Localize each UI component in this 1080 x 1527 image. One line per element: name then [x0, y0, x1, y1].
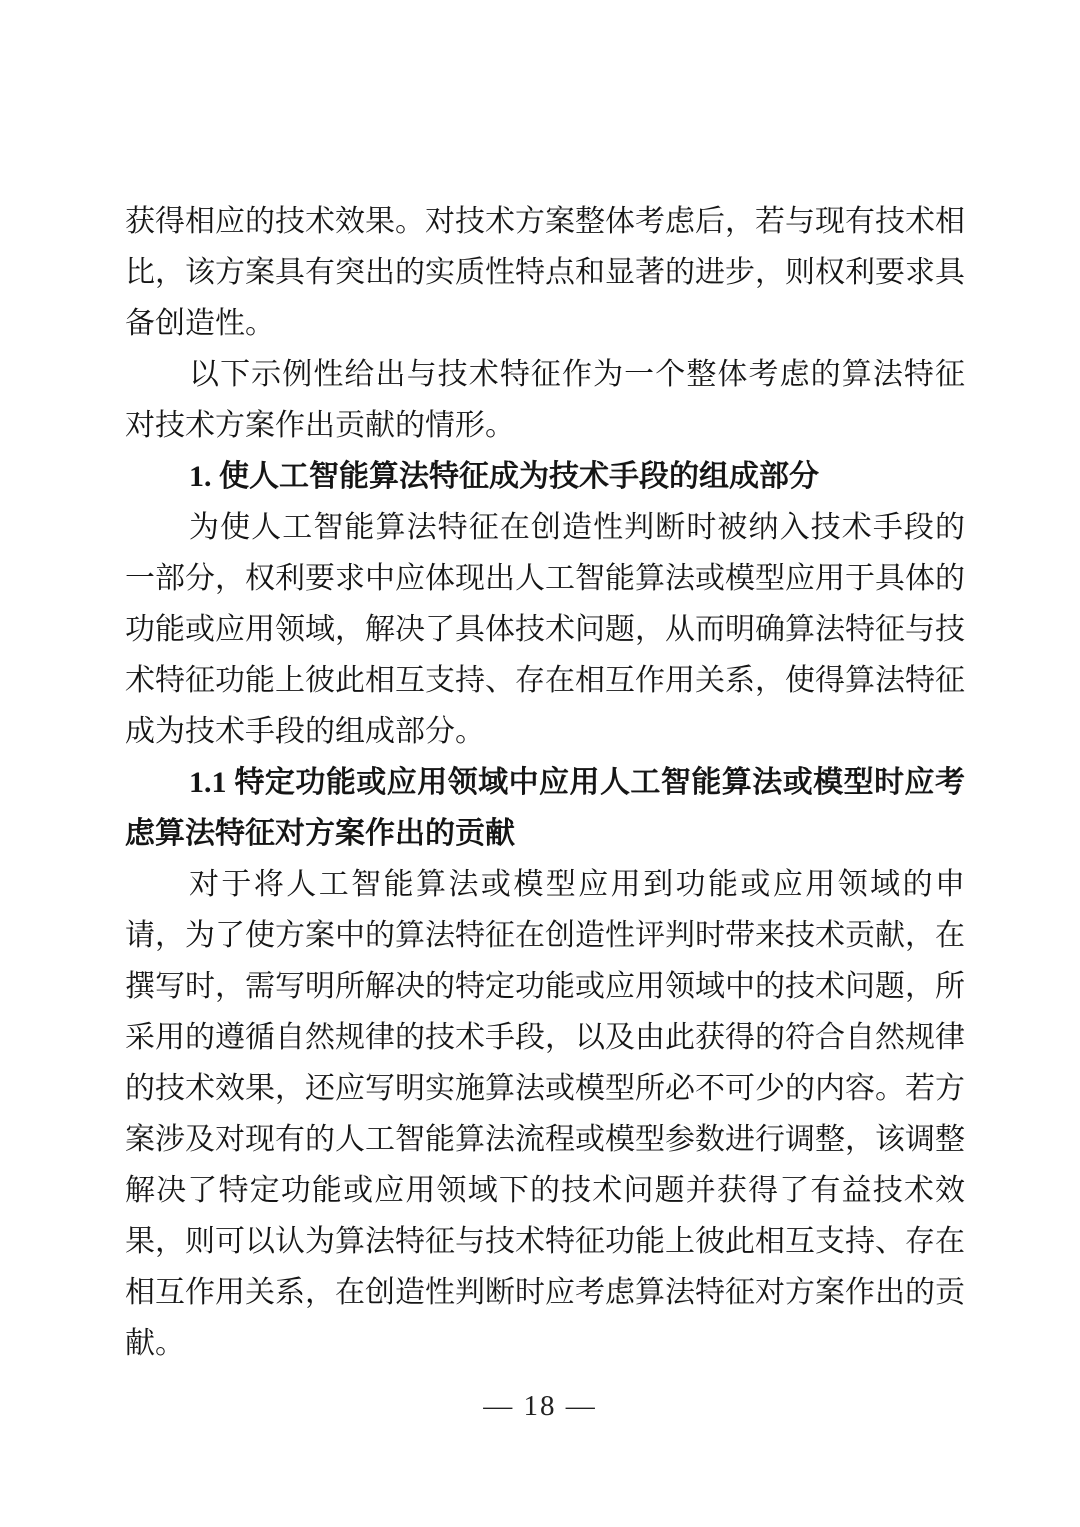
paragraph-continuation: 获得相应的技术效果。对技术方案整体考虑后，若与现有技术相比，该方案具有突出的实质… — [125, 196, 965, 349]
document-page: 获得相应的技术效果。对技术方案整体考虑后，若与现有技术相比，该方案具有突出的实质… — [0, 0, 1080, 1527]
section-heading-1: 1. 使人工智能算法特征成为技术手段的组成部分 — [125, 451, 965, 502]
page-number: — 18 — — [0, 1386, 1080, 1426]
paragraph-examples-intro: 以下示例性给出与技术特征作为一个整体考虑的算法特征对技术方案作出贡献的情形。 — [125, 349, 965, 451]
paragraph-section-1-body: 为使人工智能算法特征在创造性判断时被纳入技术手段的一部分，权利要求中应体现出人工… — [125, 502, 965, 757]
paragraph-section-1-1-body: 对于将人工智能算法或模型应用到功能或应用领域的申请，为了使方案中的算法特征在创造… — [125, 859, 965, 1369]
section-heading-1-1: 1.1 特定功能或应用领域中应用人工智能算法或模型时应考虑算法特征对方案作出的贡… — [125, 757, 965, 859]
text-block: 获得相应的技术效果。对技术方案整体考虑后，若与现有技术相比，该方案具有突出的实质… — [125, 196, 965, 1369]
